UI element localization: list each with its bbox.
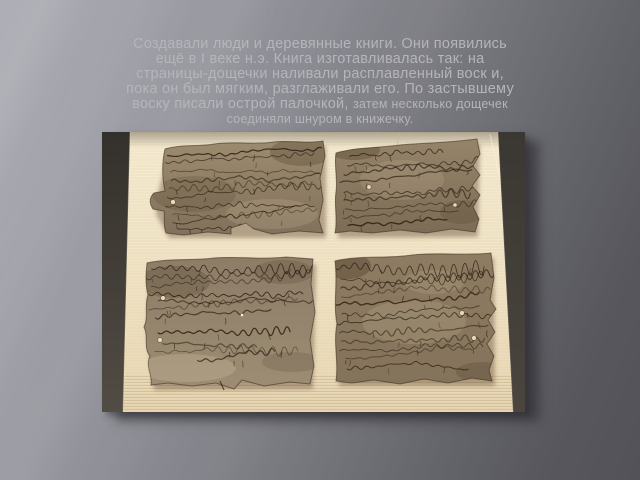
tie-hole	[367, 185, 371, 189]
wax-tablet-top-right	[328, 139, 484, 233]
wax-tablet-top-left	[150, 138, 334, 235]
tie-hole	[453, 203, 457, 207]
caption-line-1: Создавали люди и деревянные книги. Они п…	[0, 37, 640, 52]
caption-line-3: страницы-дощечки наливали расплавленный …	[0, 67, 640, 82]
presentation-slide: Создавали люди и деревянные книги. Они п…	[0, 0, 640, 480]
slide-caption: Создавали люди и деревянные книги. Они п…	[0, 37, 640, 127]
caption-line-6: соединяли шнуром в книжечку.	[0, 112, 640, 127]
wax-tablet-bottom-right	[323, 253, 508, 384]
caption-line-5-main: воску писали острой палочкой,	[132, 96, 349, 112]
wax-tablet-bottom-left	[136, 257, 322, 390]
wooden-tablets-photo	[102, 132, 525, 412]
caption-line-4: пока он был мягким, разглаживали его. По…	[0, 82, 640, 97]
tie-hole	[171, 200, 176, 205]
tie-hole	[460, 311, 465, 316]
caption-line-5-small: затем несколько дощечек	[353, 97, 508, 111]
caption-line-5: воску писали острой палочкой, затем неск…	[0, 97, 640, 112]
tie-hole	[158, 338, 163, 343]
tie-hole	[472, 336, 477, 341]
caption-line-2: ещё в I веке н.э. Книга изготавливалась …	[0, 52, 640, 67]
tie-hole	[161, 296, 166, 301]
tablets-photo-graphic	[102, 132, 525, 412]
light-speck	[241, 314, 244, 317]
